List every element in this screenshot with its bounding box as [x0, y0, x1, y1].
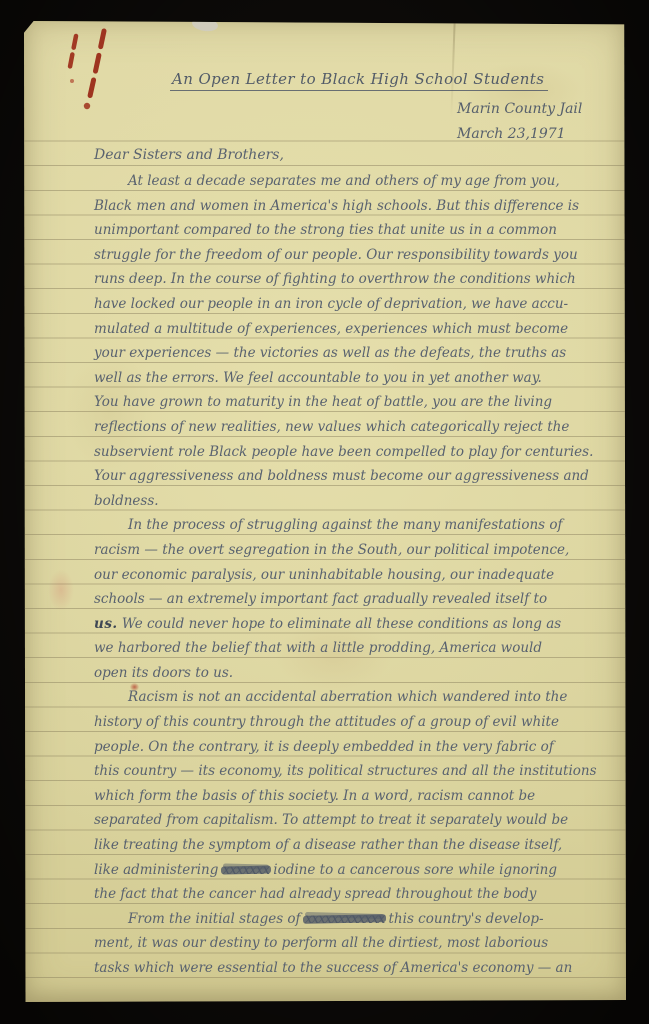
scanned-letter-photo: { "colors": { "background": "#0c0a08", "…	[0, 0, 649, 1024]
letter-line: separated from capitalism. To attempt to…	[94, 808, 614, 833]
letter-line: well as the errors. We feel accountable …	[94, 366, 614, 391]
letter-line: Racism is not an accidental aberration w…	[94, 685, 614, 710]
letter-line: Black men and women in America's high sc…	[94, 194, 614, 219]
letter-line: which form the basis of this society. In…	[94, 784, 614, 809]
red-tally-marks-icon	[60, 26, 130, 116]
letter-line: us. We could never hope to eliminate all…	[94, 612, 614, 637]
letter-line: this country — its economy, its politica…	[94, 759, 614, 784]
letter-line: people. On the contrary, it is deeply em…	[94, 735, 614, 760]
letter-line: racism — the overt segregation in the So…	[94, 538, 614, 563]
letter-line: From the initial stages of xxxxxxxxxxxx …	[94, 907, 614, 932]
dateline-place: Marin County Jail	[457, 97, 582, 122]
letter-line: subservient role Black people have been …	[94, 440, 614, 465]
letter-line: In the process of struggling against the…	[94, 513, 614, 538]
scribbled-out-word: xxxxxxx	[223, 862, 269, 878]
dateline: Marin County Jail March 23,1971	[457, 97, 582, 146]
letter-line: boldness.	[94, 489, 614, 514]
letter-line: like administering xxxxxxx iodine to a c…	[94, 858, 614, 883]
letter-body: At least a decade separates me and other…	[94, 169, 614, 981]
letter-line: history of this country through the atti…	[94, 710, 614, 735]
letter-line: At least a decade separates me and other…	[94, 169, 614, 194]
letter-line: open its doors to us.	[94, 661, 614, 686]
letter-line: ment, it was our destiny to perform all …	[94, 931, 614, 956]
letter-line: mulated a multitude of experiences, expe…	[94, 317, 614, 342]
letter-line: the fact that the cancer had already spr…	[94, 882, 614, 907]
letter-line: like treating the symptom of a disease r…	[94, 833, 614, 858]
paper-crease	[450, 21, 455, 117]
letter-line: reflections of new realities, new values…	[94, 415, 614, 440]
letter-line: have locked our people in an iron cycle …	[94, 292, 614, 317]
letter-line: schools — an extremely important fact gr…	[94, 587, 614, 612]
letter-line: we harbored the belief that with a littl…	[94, 636, 614, 661]
stain	[48, 569, 74, 611]
dateline-date: March 23,1971	[457, 122, 582, 147]
letter-line: You have grown to maturity in the heat o…	[94, 390, 614, 415]
letter-line: struggle for the freedom of our people. …	[94, 243, 614, 268]
letter-page: An Open Letter to Black High School Stud…	[24, 21, 626, 1002]
overwritten-word: us.	[94, 616, 118, 632]
letter-line: your experiences — the victories as well…	[94, 341, 614, 366]
letter-line: tasks which were essential to the succes…	[94, 956, 614, 981]
letter-line: Your aggressiveness and boldness must be…	[94, 464, 614, 489]
letter-line: runs deep. In the course of fighting to …	[94, 267, 614, 292]
paper-blemish	[191, 16, 219, 32]
salutation: Dear Sisters and Brothers,	[94, 147, 284, 163]
letter-line: unimportant compared to the strong ties …	[94, 218, 614, 243]
letter-line: our economic paralysis, our uninhabitabl…	[94, 563, 614, 588]
letter-title: An Open Letter to Black High School Stud…	[170, 70, 548, 91]
scribbled-out-word: xxxxxxxxxxxx	[305, 911, 384, 927]
